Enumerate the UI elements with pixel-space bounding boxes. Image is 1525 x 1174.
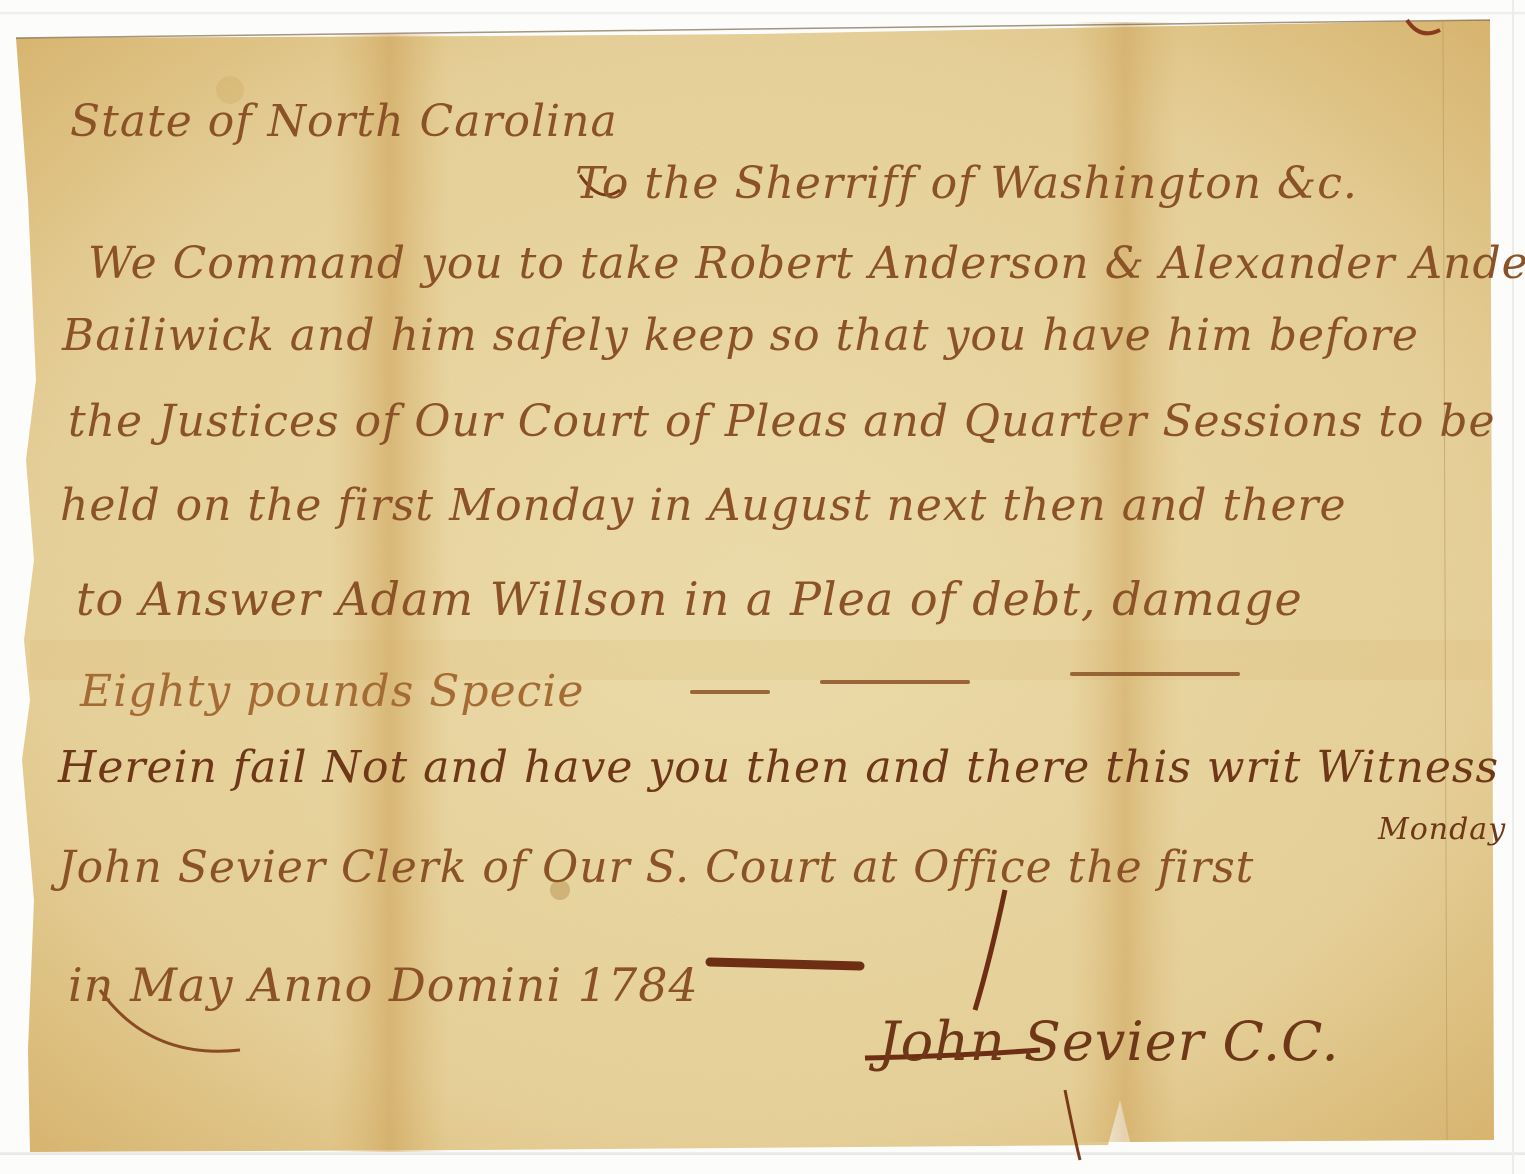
filler-dash xyxy=(690,690,770,694)
address-line: To the Sherriff of Washington &c. xyxy=(575,158,1358,209)
document-scan: State of North Carolina To the Sherriff … xyxy=(0,0,1525,1174)
text-line-5: the Justices of Our Court of Pleas and Q… xyxy=(68,396,1496,447)
filler-dash xyxy=(1070,672,1240,676)
clerk-signature: John Sevier C.C. xyxy=(878,1010,1340,1073)
text-line-9: Herein fail Not and have you then and th… xyxy=(58,742,1499,793)
text-line-7: to Answer Adam Willson in a Plea of debt… xyxy=(76,572,1303,626)
text-line-10: John Sevier Clerk of Our S. Court at Off… xyxy=(58,842,1254,893)
text-line-6: held on the first Monday in August next … xyxy=(60,480,1347,531)
parchment-sheet: State of North Carolina To the Sherriff … xyxy=(0,0,1525,1174)
text-line-10-superscript: Monday xyxy=(1378,812,1506,847)
text-line-8-amount: Eighty pounds Specie xyxy=(80,666,584,717)
text-line-3: We Command you to take Robert Anderson &… xyxy=(88,238,1525,289)
filler-dash xyxy=(820,680,970,684)
heading-state: State of North Carolina xyxy=(70,96,618,147)
text-line-4: Bailiwick and him safely keep so that yo… xyxy=(62,310,1419,361)
text-line-11-date: in May Anno Domini 1784 xyxy=(68,958,699,1012)
